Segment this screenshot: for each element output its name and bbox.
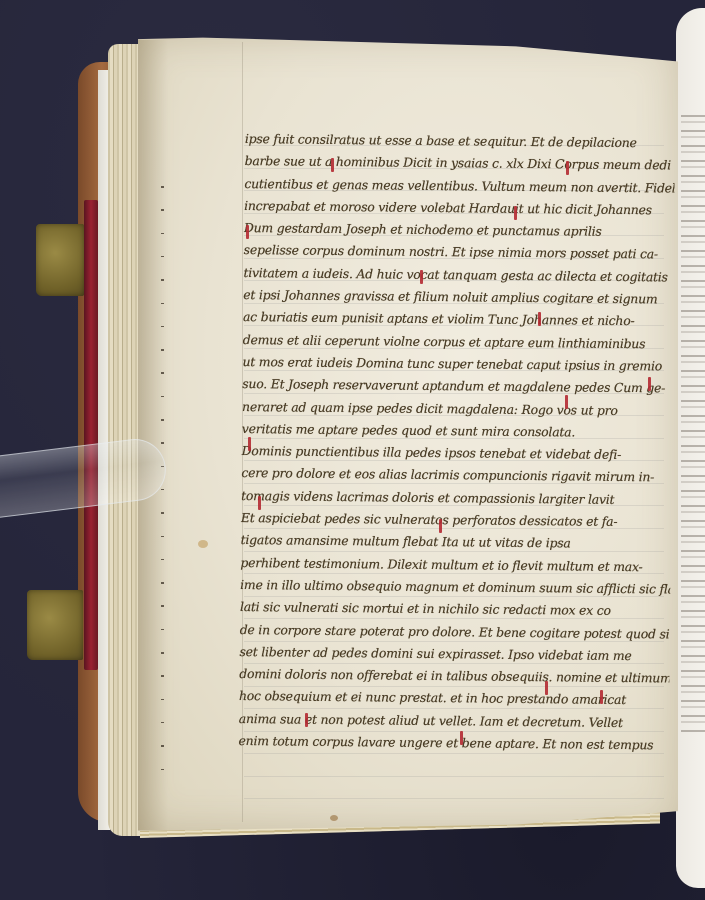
rubric-stroke [246, 225, 249, 239]
rubric-stroke [545, 681, 548, 695]
parchment-stain [330, 815, 338, 821]
text-line: enim totum corpus lavare ungere et bene … [238, 730, 668, 757]
rubric-stroke [600, 690, 603, 704]
rubric-stroke [439, 519, 442, 533]
rubric-stroke [331, 158, 334, 172]
rubric-stroke [566, 161, 569, 175]
rubric-stroke [460, 731, 463, 745]
rubric-stroke [648, 377, 651, 391]
parchment-stain [198, 540, 208, 548]
rubric-stroke [305, 713, 308, 727]
rubric-stroke [565, 395, 568, 409]
facing-page-text [681, 115, 705, 735]
rubric-stroke [514, 206, 517, 220]
rubric-stroke [420, 270, 423, 284]
rubric-stroke [248, 437, 251, 451]
felt-tab-upper [36, 224, 84, 296]
felt-tab-lower [27, 590, 83, 660]
page-gutter-shadow [138, 40, 168, 830]
rubric-stroke [258, 496, 261, 510]
red-spine-edge [84, 200, 98, 670]
text-block: ipse fuit consilratus ut esse a base et … [238, 128, 685, 757]
rubric-stroke [538, 312, 541, 326]
